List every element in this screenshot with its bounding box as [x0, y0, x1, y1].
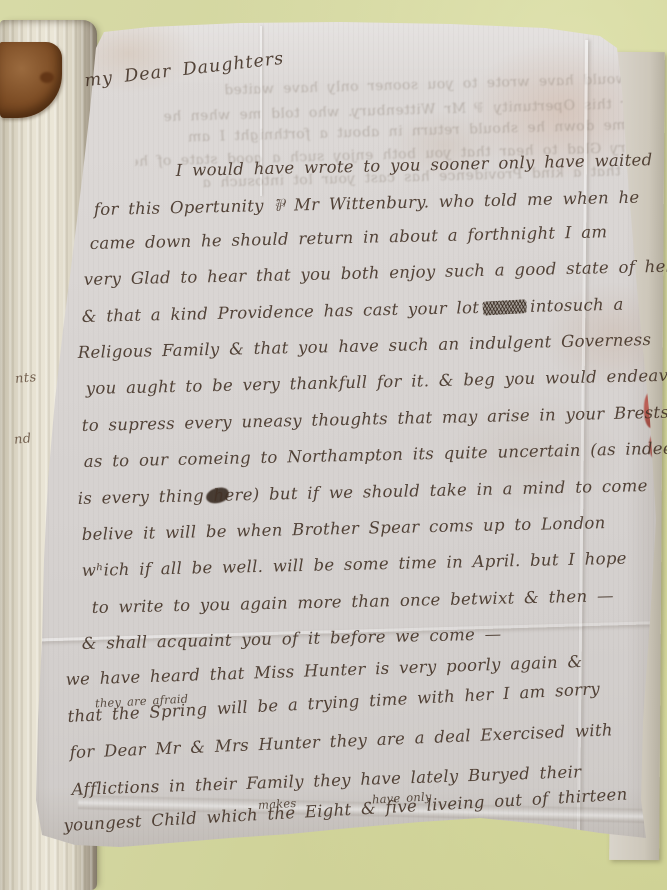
crossed-out-word [483, 299, 528, 316]
letter-lines: I would have wrote to you sooner only ha… [70, 161, 660, 852]
handwriting-layer: my Dear Daughters I would have wrote to … [0, 0, 667, 890]
interlinear-insertion: makes [258, 796, 297, 812]
salutation: my Dear Daughters [84, 49, 286, 92]
photo-of-letter: nts nd I would have wrote to you sooner … [0, 0, 667, 890]
